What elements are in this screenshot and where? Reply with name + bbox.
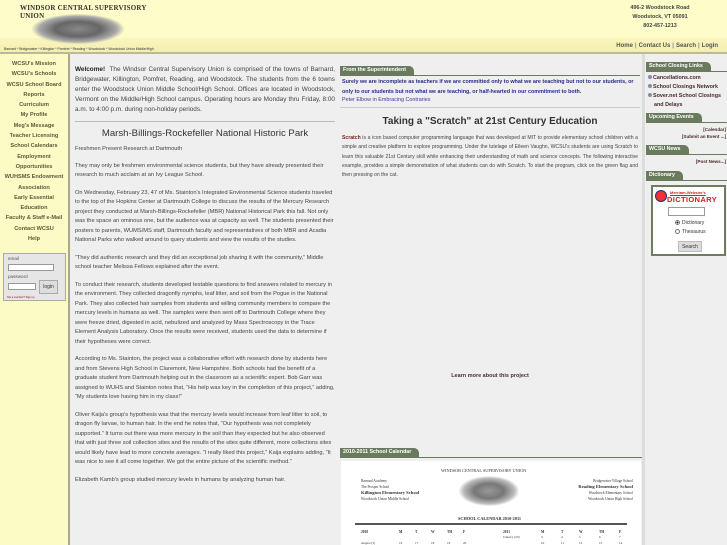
nav-item-megs-message[interactable]: Meg's Message <box>0 121 68 131</box>
nav-item-reports[interactable]: Reports <box>0 90 68 100</box>
address-block: 496-2 Woodstock Road Woodstock, VT 05091… <box>610 4 710 31</box>
password-field[interactable] <box>8 283 36 290</box>
calendar-title: SCHOOL CALENDAR 2010-2011 <box>458 516 521 521</box>
calendar-left-header: 2010MTWTHF <box>361 530 465 534</box>
email-field[interactable] <box>8 264 54 271</box>
phone: 802-457-1213 <box>610 22 710 31</box>
closing-links-section: School Closing Links Cancellations.com S… <box>646 62 727 110</box>
password-label: password <box>8 274 28 279</box>
nav-item-staff-email[interactable]: Faculty & Staff e-Mail <box>0 213 68 223</box>
learn-more-link[interactable]: Learn more about this project <box>340 373 640 379</box>
article-paragraph: Oliver Kaija's group's hypothesis was th… <box>75 411 335 468</box>
calendar-right-sub: January (20)34567 <box>503 535 621 539</box>
scratch-title: Taking a "Scratch" at 21st Century Educa… <box>340 116 640 127</box>
scratch-keyword: Scratch <box>342 135 361 141</box>
merriam-webster-logo[interactable]: Merriam-Webster's DICTIONARY <box>655 190 724 203</box>
top-links: Home|Contact Us|Search|Login <box>616 43 718 49</box>
radio-selected-icon <box>675 220 680 225</box>
divider <box>75 121 335 122</box>
calendar-right-row: 1011121314 <box>503 541 622 545</box>
news-tab: WCSU News <box>646 145 689 154</box>
calendar-left-row: August (5)1617181920 <box>361 541 466 545</box>
welcome-heading: Welcome! <box>75 66 105 73</box>
calendar-link[interactable]: [Calendar] <box>646 126 727 133</box>
events-tab: Upcoming Events <box>646 113 702 122</box>
nav-item-school-board[interactable]: WCSU School Board <box>0 80 68 90</box>
post-news-link[interactable]: [Post News...] <box>646 158 727 165</box>
dictionary-radio[interactable]: Dictionary <box>675 220 704 226</box>
article-subtitle: Freshmen Present Research at Dartmouth <box>75 145 335 155</box>
nav-list: WCSU's Mission WCSU's Schools WCSU Schoo… <box>0 59 68 244</box>
address-line2: Woodstock, VT 05091 <box>610 13 710 22</box>
article-paragraph: They may only be freshmen environmental … <box>75 162 335 181</box>
events-section: Upcoming Events [Calendar] [Submit an Ev… <box>646 113 727 140</box>
dictionary-search-button[interactable]: Search <box>678 241 702 252</box>
login-form: email password login Not a member? Sign … <box>3 253 66 301</box>
nav-item-teacher-licensing[interactable]: Teacher Licensing <box>0 131 68 141</box>
calendar-tab: 2010-2011 School Calendar <box>340 448 419 457</box>
dictionary-widget: Merriam-Webster's DICTIONARY Dictionary … <box>651 185 726 256</box>
dictionary-search-input[interactable] <box>668 207 705 216</box>
bullet-icon <box>648 84 652 88</box>
nav-item-help[interactable]: Help <box>0 234 68 244</box>
nav-item-mission[interactable]: WCSU's Mission <box>0 59 68 69</box>
scratch-text: is a icon based computer programming lan… <box>342 135 638 178</box>
bullet-icon <box>648 75 652 79</box>
article-paragraph: On Wednesday, February 23, 47 of Ms. Sta… <box>75 189 335 246</box>
superintendent-tab: From the Superintendent <box>340 66 414 75</box>
nav-item-curriculum[interactable]: Curriculum <box>0 100 68 110</box>
submit-event-link[interactable]: [Submit an Event ...] <box>646 133 727 140</box>
login-button[interactable]: login <box>39 280 58 294</box>
nav-item-school-calendars[interactable]: School Calendars <box>0 141 68 151</box>
sover-net-link[interactable]: Sover.net School Closings and Delays <box>646 92 727 110</box>
login-link[interactable]: Login <box>702 43 718 49</box>
dictionary-section: Dictionary Merriam-Webster's DICTIONARY … <box>646 171 727 256</box>
home-link[interactable]: Home <box>616 43 633 49</box>
welcome-body: The Windsor Central Supervisory Union is… <box>75 66 335 113</box>
news-section: WCSU News [Post News...] <box>646 145 727 165</box>
address-line1: 496-2 Woodstock Road <box>610 4 710 13</box>
email-label: email <box>8 256 19 261</box>
superintendent-tab-row: From the Superintendent <box>340 66 640 76</box>
nav-item-schools[interactable]: WCSU's Schools <box>0 69 68 79</box>
article-paragraph: To conduct their research, students deve… <box>75 281 335 348</box>
article-title: Marsh-Billings-Rockefeller National Hist… <box>75 128 335 139</box>
search-link[interactable]: Search <box>676 43 696 49</box>
contact-us-link[interactable]: Contact Us <box>639 43 671 49</box>
closing-links-tab: School Closing Links <box>646 62 711 71</box>
superintendent-quote: Surely we are incomplete as teachers if … <box>340 76 640 97</box>
closings-network-link[interactable]: School Closings Network <box>646 83 727 92</box>
calendar-org: WINDSOR CENTRAL SUPERVISORY UNION <box>441 468 526 473</box>
calendar-right-header: 2011MTWTHF <box>503 530 621 534</box>
mw-seal-icon <box>655 190 667 202</box>
calendar-section: 2010-2011 School Calendar WINDSOR CENTRA… <box>340 448 642 545</box>
calendar-rule <box>355 523 627 525</box>
wcsu-logo[interactable]: WINDSOR CENTRAL SUPERVISORY UNION Barnar… <box>2 2 172 49</box>
article-paragraph: According to Ms. Stainton, the project w… <box>75 355 335 403</box>
center-column: From the Superintendent Surely we are in… <box>340 54 640 545</box>
nav-item-contact[interactable]: Contact WCSU <box>0 224 68 234</box>
calendar-image[interactable]: WINDSOR CENTRAL SUPERVISORY UNION Barnar… <box>341 461 641 545</box>
events-tab-row: Upcoming Events <box>646 113 727 123</box>
calendar-left-schools: Barnard AcademyThe Prosper SchoolKilling… <box>361 478 419 502</box>
thesaurus-radio[interactable]: Thesaurus <box>675 229 706 235</box>
radio-unselected-icon <box>675 229 680 234</box>
logo-towns: Barnard * Bridgewater * Killington * Pom… <box>4 47 154 51</box>
article-paragraph: Elizabeth Kamb's group studied mercury l… <box>75 476 335 486</box>
bullet-icon <box>648 93 652 97</box>
article: Marsh-Billings-Rockefeller National Hist… <box>75 128 335 485</box>
site-header: WINDSOR CENTRAL SUPERVISORY UNION Barnar… <box>0 0 727 53</box>
article-paragraph: “They did authentic research and they di… <box>75 254 335 273</box>
cancellations-link[interactable]: Cancellations.com <box>646 74 727 83</box>
closing-tab-row: School Closing Links <box>646 62 727 72</box>
calendar-right-schools: Bridgewater Village SchoolReading Elemen… <box>578 478 633 502</box>
news-tab-row: WCSU News <box>646 145 727 155</box>
nav-item-endowment[interactable]: WUHSMS Endowment Association <box>0 172 68 193</box>
nav-item-my-profile[interactable]: My Profile <box>0 110 68 120</box>
calendar-logo <box>459 476 519 506</box>
calendar-tab-row: 2010-2011 School Calendar <box>340 448 642 458</box>
main-content: Welcome! The Windsor Central Supervisory… <box>72 54 338 545</box>
scratch-body: Scratch is a icon based computer program… <box>340 134 640 180</box>
signup-link[interactable]: Not a member? Sign up <box>7 296 34 299</box>
dictionary-tab: Dictionary <box>646 171 683 180</box>
logo-image <box>32 14 124 44</box>
right-sidebar: School Closing Links Cancellations.com S… <box>642 54 727 545</box>
dictionary-tab-row: Dictionary <box>646 171 727 181</box>
welcome-text: Welcome! The Windsor Central Supervisory… <box>75 65 335 115</box>
nav-item-employment[interactable]: Employment Opportunities <box>0 152 68 173</box>
left-sidebar: WCSU's Mission WCSU's Schools WCSU Schoo… <box>0 54 70 545</box>
quote-source[interactable]: Peter Elbow in Embracing Contraries <box>340 97 640 108</box>
nav-item-early-education[interactable]: Early Essential Education <box>0 193 68 214</box>
